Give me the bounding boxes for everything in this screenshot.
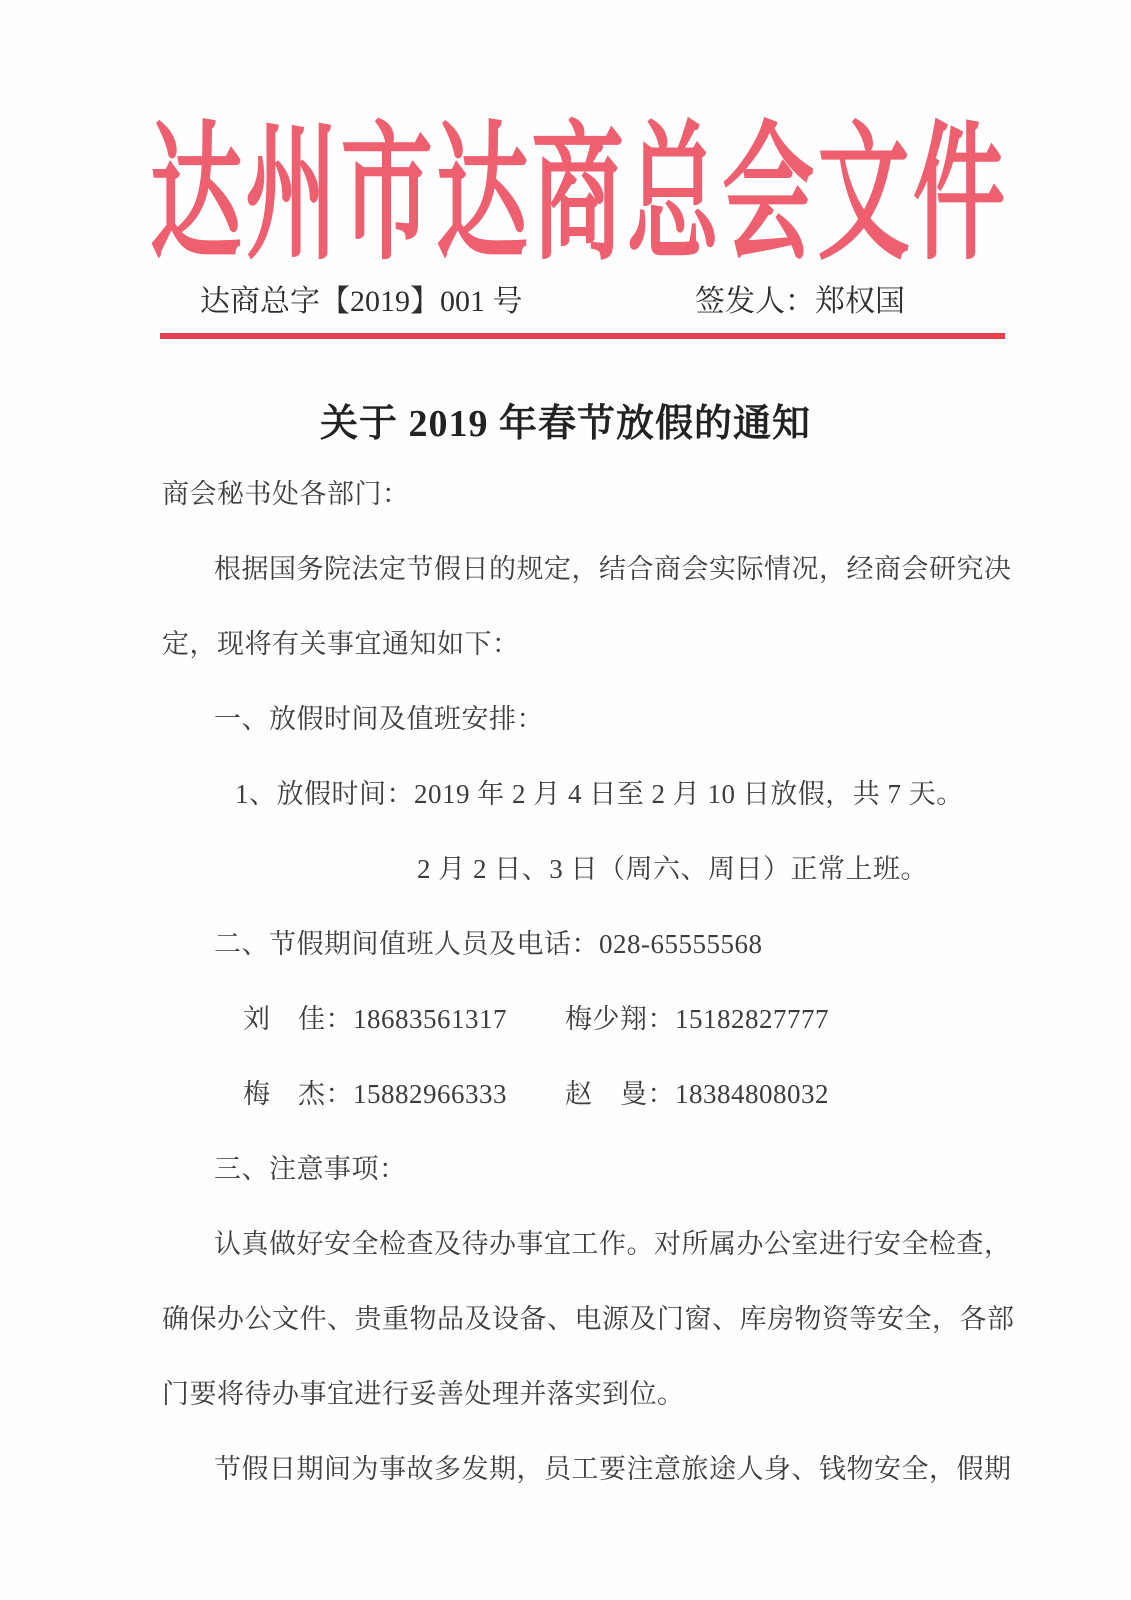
section-1-heading: 一、放假时间及值班安排： xyxy=(162,682,1071,757)
duty-contact-row: 梅 杰：15882966333 赵 曼：18384808032 xyxy=(162,1057,1071,1132)
red-header-masthead: 达州市达商总会文件 xyxy=(150,120,1005,270)
duty-contact: 梅 杰：15882966333 xyxy=(243,1057,565,1132)
duty-contact: 赵 曼：18384808032 xyxy=(565,1057,829,1132)
document-number-line: 达商总字【2019】001 号 签发人：郑权国 xyxy=(160,280,1005,324)
notice-body: 商会秘书处各部门： 根据国务院法定节假日的规定，结合商会实际情况，经商会研究决 … xyxy=(162,457,1071,1507)
body-line: 节假日期间为事故多发期，员工要注意旅途人身、钱物安全，假期 xyxy=(162,1432,1071,1507)
holiday-dates-line: 1、放假时间：2019 年 2 月 4 日至 2 月 10 日放假，共 7 天。 xyxy=(162,757,1071,832)
signer-name: 签发人：郑权国 xyxy=(695,280,905,324)
body-line: 确保办公文件、贵重物品及设备、电源及门窗、库房物资等安全，各部 xyxy=(162,1282,1071,1357)
red-separator-rule xyxy=(160,333,1005,339)
section-2-heading: 二、节假期间值班人员及电话：028-65555568 xyxy=(162,907,1071,982)
salutation-line: 商会秘书处各部门： xyxy=(162,457,1071,532)
duty-contact: 梅少翔：15182827777 xyxy=(565,982,829,1057)
duty-contact-row: 刘 佳：18683561317 梅少翔：15182827777 xyxy=(162,982,1071,1057)
body-line: 门要将待办事宜进行妥善处理并落实到位。 xyxy=(162,1357,1071,1432)
duty-contact: 刘 佳：18683561317 xyxy=(243,982,565,1057)
scanned-document-page: 达州市达商总会文件 达商总字【2019】001 号 签发人：郑权国 关于 201… xyxy=(0,0,1131,1600)
body-line: 认真做好安全检查及待办事宜工作。对所属办公室进行安全检查， xyxy=(162,1207,1071,1282)
body-line: 定，现将有关事宜通知如下： xyxy=(162,607,1071,682)
document-number: 达商总字【2019】001 号 xyxy=(160,280,523,324)
body-line: 根据国务院法定节假日的规定，结合商会实际情况，经商会研究决 xyxy=(162,532,1071,607)
organization-title: 达州市达商总会文件 xyxy=(150,120,1005,269)
notice-title: 关于 2019 年春节放假的通知 xyxy=(0,395,1131,453)
section-3-heading: 三、注意事项： xyxy=(162,1132,1071,1207)
workdays-line: 2 月 2 日、3 日（周六、周日）正常上班。 xyxy=(162,832,1071,907)
